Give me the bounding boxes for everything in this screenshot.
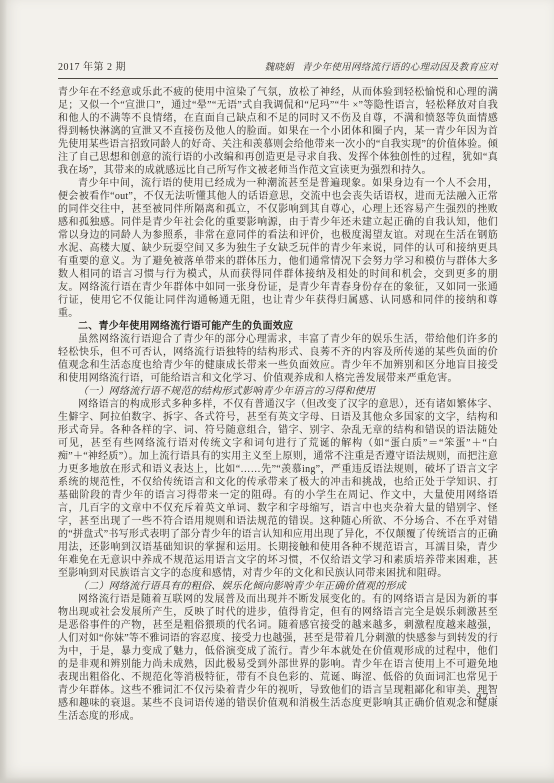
paragraph-negative-intro: 虽然网络流行语迎合了青少年的部分心理需求，丰富了青少年的娱乐生活，带给他们许多的… <box>58 333 498 385</box>
paragraph-vulgar-tendency: 网络流行语是随着互联网的发展普及而出现并不断发展变化的。有的网络语言是因为新的事… <box>58 593 498 723</box>
journal-issue: 2017 年第 2 期 <box>58 58 126 73</box>
article-body: 青少年在不经意或乐此不疲的使用中渲染了气氛，放松了神经，从而体验到轻松愉悦和心理… <box>58 86 498 723</box>
paragraph-continuation: 青少年在不经意或乐此不疲的使用中渲染了气氛，放松了神经，从而体验到轻松愉悦和心理… <box>58 86 498 177</box>
section-2-heading: 二、青少年使用网络流行语可能产生的负面效应 <box>58 320 498 333</box>
author-name: 魏晓娟 <box>265 63 294 73</box>
page-number: · 97 · <box>466 692 500 703</box>
paragraph-language-structure: 网络语言的构成形式多种多样，不仅有普通汉字（但改变了汉字的意思），还有诸如繁体字… <box>58 398 498 580</box>
paragraph-peer-identity: 青少年中间，流行语的使用已经成为一种潮流甚至是普遍现象。如果身边有一个人不会用，… <box>58 177 498 320</box>
scanned-journal-page: 2017 年第 2 期 魏晓娟青少年使用网络流行语的心理动因及教育应对 青少年在… <box>0 0 554 783</box>
running-title: 魏晓娟青少年使用网络流行语的心理动因及教育应对 <box>265 59 498 73</box>
running-head: 2017 年第 2 期 魏晓娟青少年使用网络流行语的心理动因及教育应对 <box>58 58 498 79</box>
scan-edge-bottom <box>0 777 554 783</box>
subsection-1-heading: （一）网络流行语不规范的结构形式影响青少年语言的习得和使用 <box>58 385 498 398</box>
article-title: 青少年使用网络流行语的心理动因及教育应对 <box>302 63 498 73</box>
scan-edge-left <box>0 0 7 783</box>
subsection-2-heading: （二）网络流行语具有的粗俗、娱乐化倾向影响青少年正确价值观的形成 <box>58 580 498 593</box>
